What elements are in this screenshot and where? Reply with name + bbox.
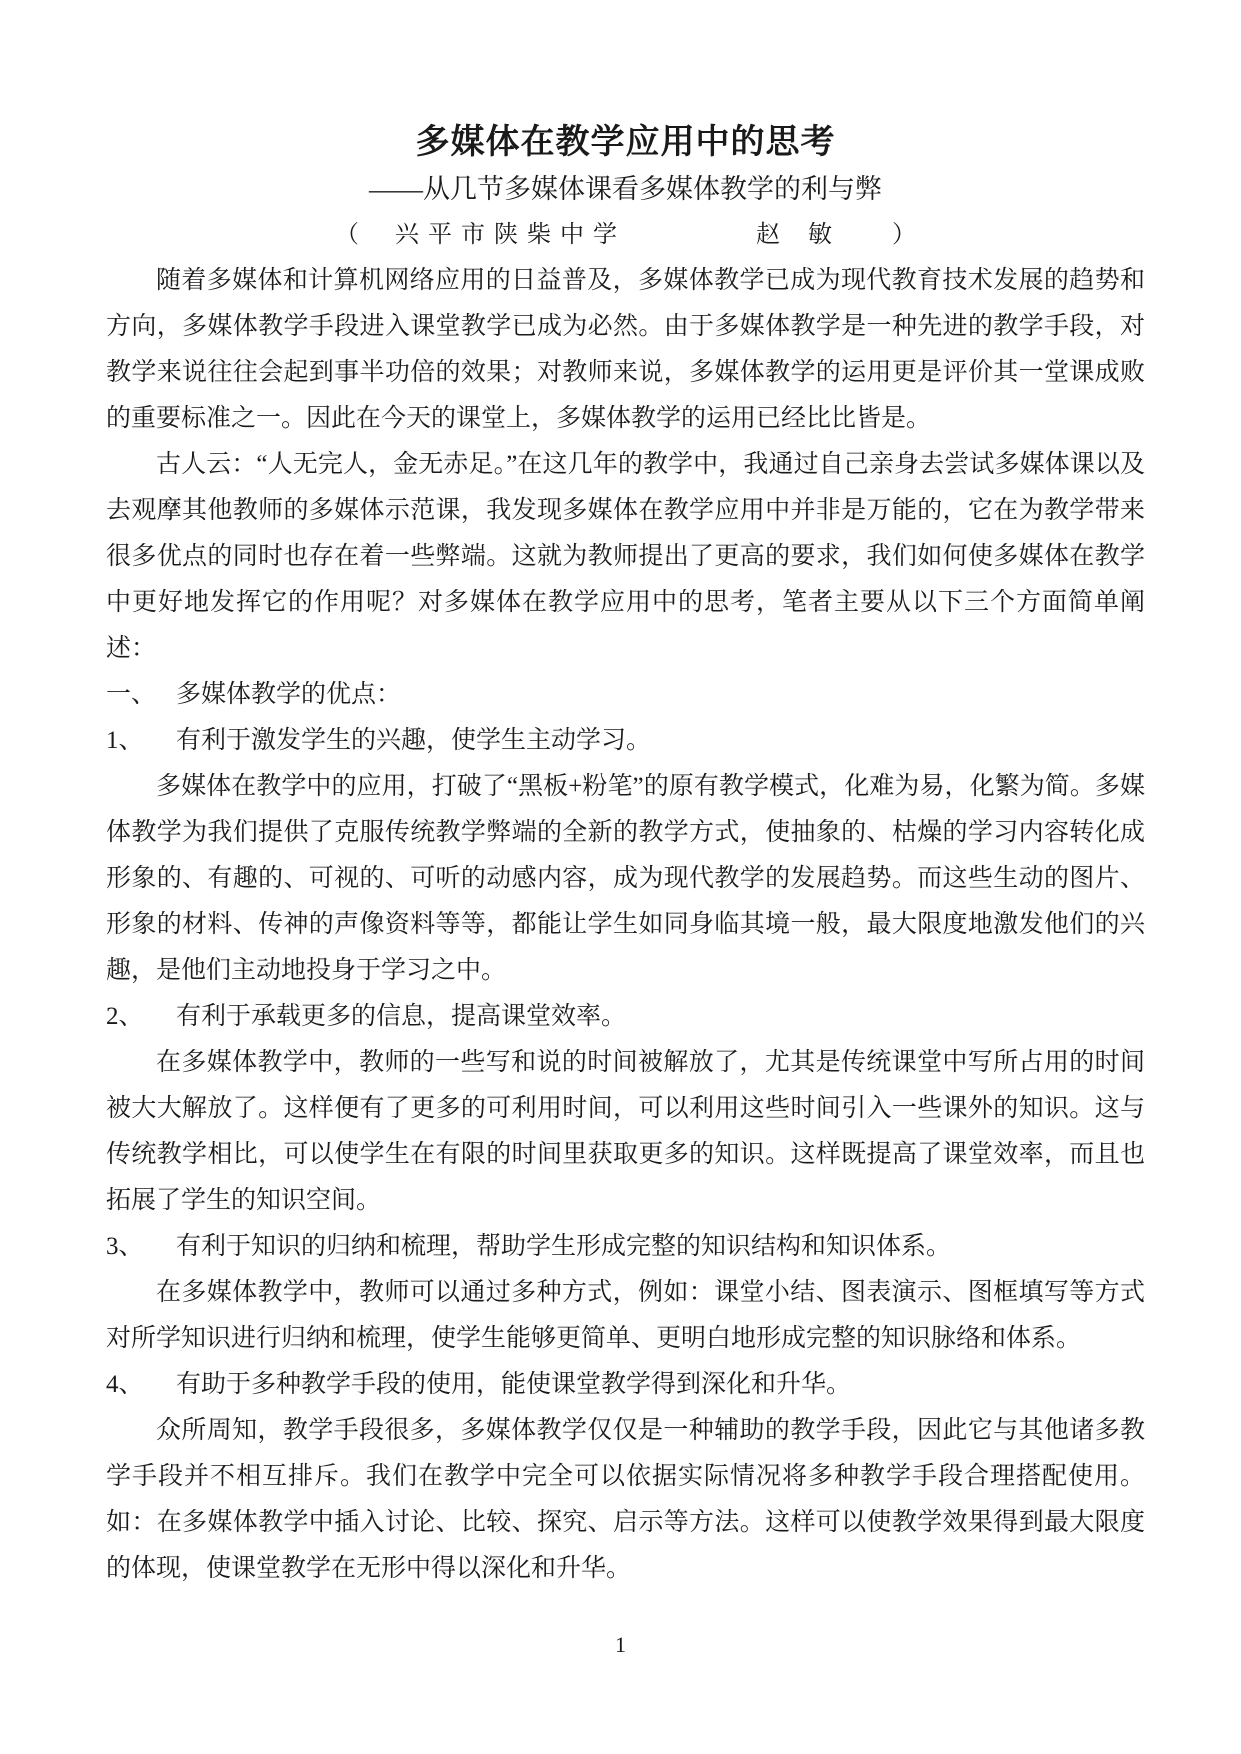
paragraph-advantage-2: 在多媒体教学中，教师的一些写和说的时间被解放了，尤其是传统课堂中写所占用的时间被… — [106, 1040, 1145, 1224]
paragraph-quote: 古人云：“人无完人，金无赤足。”在这几年的教学中，我通过自己亲身去尝试多媒体课以… — [106, 442, 1145, 672]
document-body: 随着多媒体和计算机网络应用的日益普及，多媒体教学已成为现代教育技术发展的趋势和方… — [106, 258, 1145, 1592]
list-item-3: 3、有利于知识的归纳和梳理，帮助学生形成完整的知识结构和知识体系。 — [106, 1224, 1145, 1270]
paragraph-advantage-3: 在多媒体教学中，教师可以通过多种方式，例如：课堂小结、图表演示、图框填写等方式对… — [106, 1270, 1145, 1362]
byline: （兴平市陕柴中学赵 敏） — [106, 212, 1145, 258]
item-text: 有利于激发学生的兴趣，使学生主动学习。 — [176, 727, 651, 754]
item-text: 有助于多种教学手段的使用，能使课堂教学得到深化和升华。 — [176, 1371, 851, 1398]
item-text: 有利于知识的归纳和梳理，帮助学生形成完整的知识结构和知识体系。 — [176, 1233, 951, 1260]
item-number: 4、 — [106, 1362, 176, 1408]
document-page: 多媒体在教学应用中的思考 ——从几节多媒体课看多媒体教学的利与弊 （兴平市陕柴中… — [0, 0, 1241, 1592]
item-number: 2、 — [106, 994, 176, 1040]
item-text: 有利于承载更多的信息，提高课堂效率。 — [176, 1003, 626, 1030]
item-number: 1、 — [106, 718, 176, 764]
list-item-2: 2、有利于承载更多的信息，提高课堂效率。 — [106, 994, 1145, 1040]
list-item-4: 4、有助于多种教学手段的使用，能使课堂教学得到深化和升华。 — [106, 1362, 1145, 1408]
paragraph-advantage-4: 众所周知，教学手段很多，多媒体教学仅仅是一种辅助的教学手段，因此它与其他诸多教学… — [106, 1408, 1145, 1592]
section-heading-1: 一、多媒体教学的优点： — [106, 672, 1145, 718]
byline-author: 赵 敏 — [756, 222, 834, 248]
paragraph-intro: 随着多媒体和计算机网络应用的日益普及，多媒体教学已成为现代教育技术发展的趋势和方… — [106, 258, 1145, 442]
page-title: 多媒体在教学应用中的思考 — [106, 120, 1145, 166]
paragraph-advantage-1: 多媒体在教学中的应用，打破了“黑板+粉笔”的原有教学模式，化难为易，化繁为简。多… — [106, 764, 1145, 994]
item-number: 一、 — [106, 672, 176, 718]
byline-affiliation: 兴平市陕柴中学 — [395, 222, 626, 248]
document-subtitle: ——从几节多媒体课看多媒体教学的利与弊 — [106, 166, 1145, 212]
page-number: 1 — [0, 1622, 1241, 1668]
byline-open-paren: （ — [335, 222, 359, 248]
item-text: 多媒体教学的优点： — [176, 681, 401, 708]
item-number: 3、 — [106, 1224, 176, 1270]
byline-close-paren: ） — [892, 222, 916, 248]
list-item-1: 1、有利于激发学生的兴趣，使学生主动学习。 — [106, 718, 1145, 764]
